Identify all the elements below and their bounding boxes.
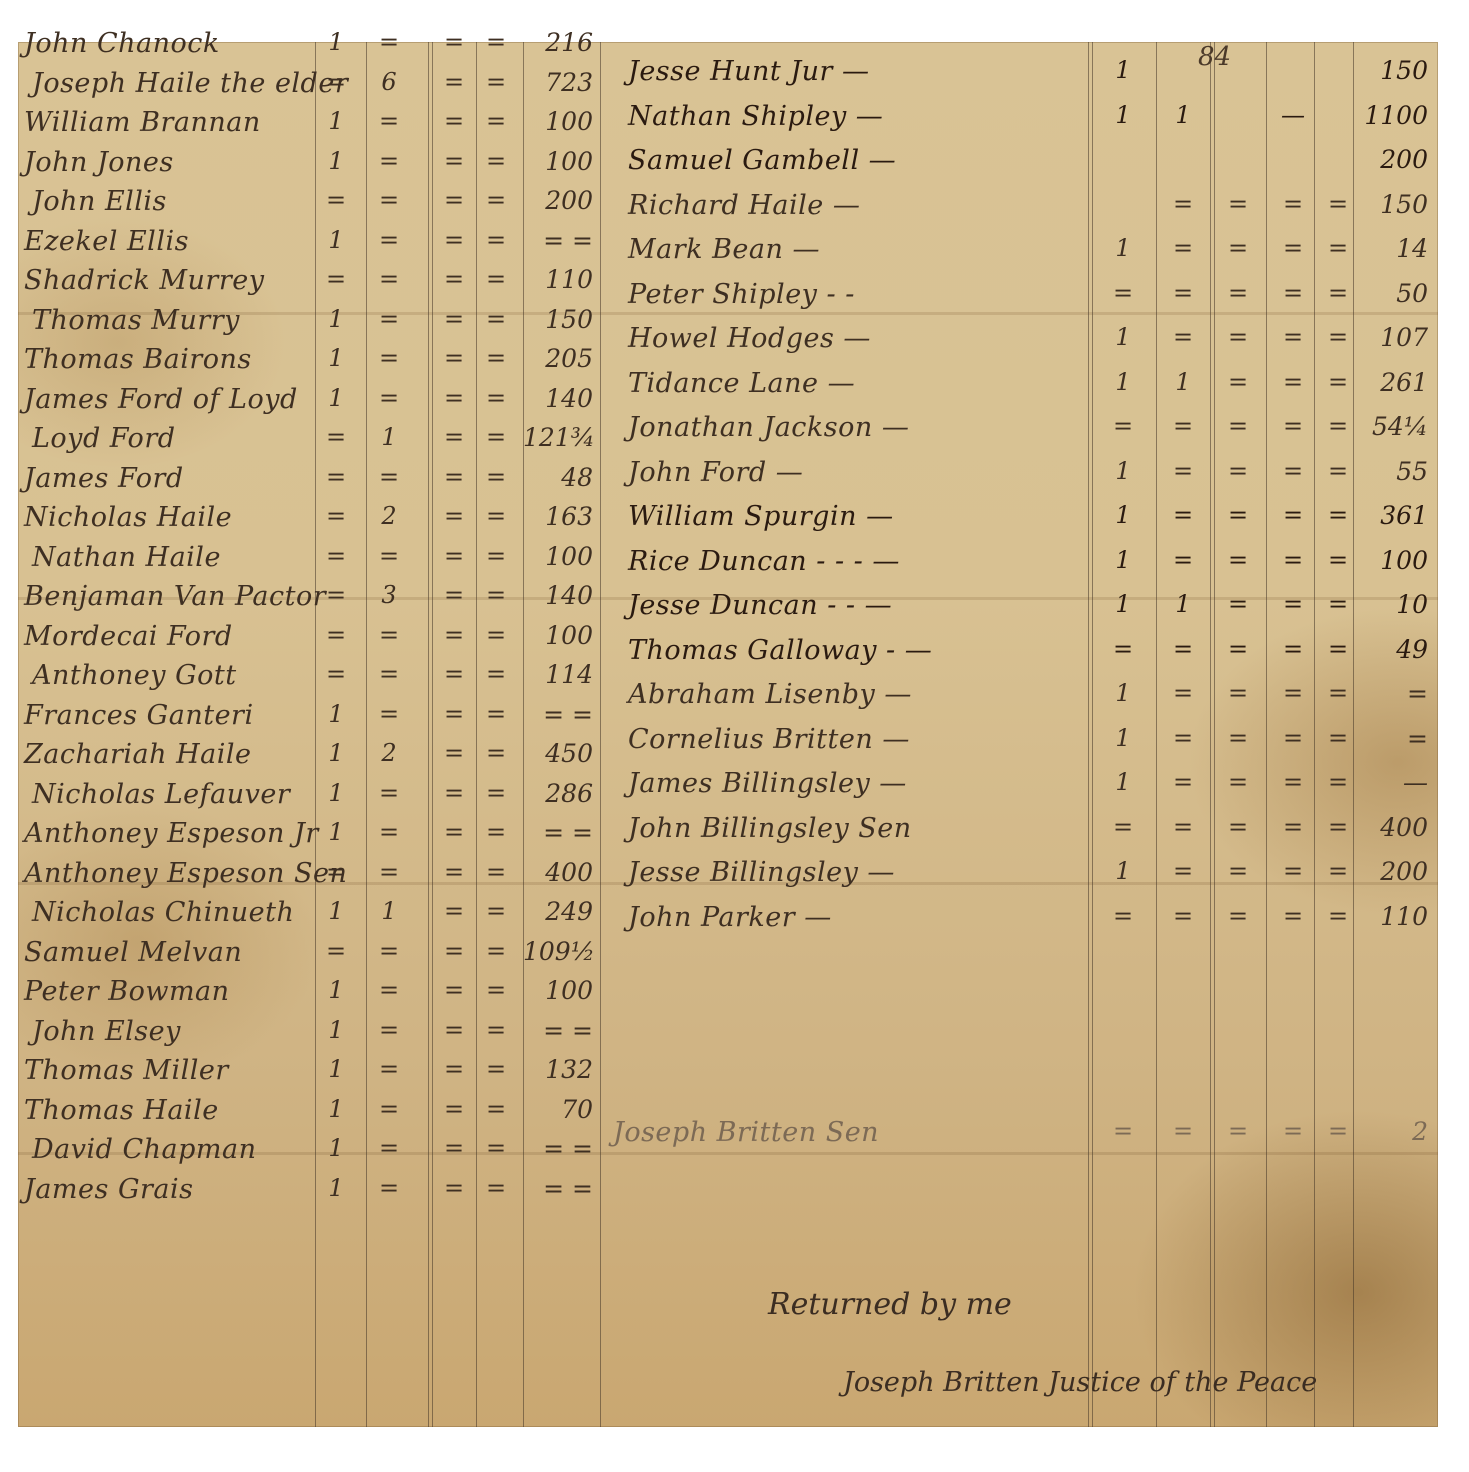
cell: =: [369, 1174, 409, 1202]
cell: =: [1273, 768, 1313, 796]
cell: =: [1218, 501, 1258, 529]
cell: =: [1318, 813, 1358, 841]
list-item: Mark Bean —1====14: [18, 234, 1438, 274]
taxpayer-name: Rice Duncan - - - —: [628, 546, 900, 577]
assessed-total: 100: [523, 976, 593, 1005]
taxpayer-name: Peter Bowman: [24, 976, 230, 1007]
cell: =: [1218, 590, 1258, 618]
list-item: Samuel Gambell —200: [18, 145, 1438, 185]
cell: =: [1163, 412, 1203, 440]
cell: =: [1218, 1117, 1258, 1145]
assessed-total: 100: [1358, 546, 1428, 575]
list-item: Peter Shipley - -=====50: [18, 279, 1438, 319]
cell: 1: [1103, 679, 1143, 707]
cell: =: [1218, 635, 1258, 663]
cell: =: [1273, 412, 1313, 440]
taxpayer-name: Cornelius Britten —: [628, 724, 910, 755]
cell: =: [1318, 368, 1358, 396]
cell: =: [1163, 724, 1203, 752]
cell: =: [1103, 412, 1143, 440]
cell: =: [1163, 857, 1203, 885]
cell: 1: [1103, 546, 1143, 574]
list-item: James Billingsley —1====—: [18, 768, 1438, 808]
assessed-total: 216: [523, 28, 593, 57]
cell: =: [1318, 902, 1358, 930]
taxpayer-name: William Spurgin —: [628, 501, 894, 532]
taxpayer-name: James Grais: [24, 1174, 194, 1205]
cell: 1: [1103, 768, 1143, 796]
assessed-total: 1100: [1358, 101, 1428, 130]
cell: =: [1273, 190, 1313, 218]
list-item: Jesse Duncan - - —11===10: [18, 590, 1438, 630]
taxpayer-name: Jonathan Jackson —: [628, 412, 909, 443]
list-item: Peter Bowman1===100: [18, 976, 618, 1016]
cell: 1: [1103, 724, 1143, 752]
cell: =: [1218, 323, 1258, 351]
cell: =: [1273, 279, 1313, 307]
assessed-total: 150: [1358, 190, 1428, 219]
cell: =: [434, 28, 474, 56]
taxpayer-name: Tidance Lane —: [628, 368, 855, 399]
assessed-total: 107: [1358, 323, 1428, 352]
cell: =: [434, 1055, 474, 1083]
taxpayer-name: Jesse Hunt Jur —: [628, 56, 870, 87]
assessed-total: =: [1358, 724, 1428, 753]
cell: =: [1318, 768, 1358, 796]
cell: =: [1318, 635, 1358, 663]
list-item: Tidance Lane —11===261: [18, 368, 1438, 408]
cell: 1: [316, 976, 356, 1004]
cell: =: [476, 1055, 516, 1083]
cell: =: [434, 976, 474, 1004]
cell: =: [1318, 679, 1358, 707]
cell: =: [1318, 546, 1358, 574]
taxpayer-name: John Elsey: [32, 1016, 181, 1047]
list-item: Joseph Britten Sen = = = = = 2: [18, 1117, 1438, 1157]
cell: =: [1218, 412, 1258, 440]
cell: =: [1273, 857, 1313, 885]
cell: =: [1163, 813, 1203, 841]
assessed-total: 54¼: [1358, 412, 1428, 441]
cell: =: [476, 976, 516, 1004]
cell: =: [1163, 902, 1203, 930]
cell: 1: [1103, 857, 1143, 885]
cell: =: [1273, 724, 1313, 752]
assessed-total: 110: [1358, 902, 1428, 931]
cell: =: [1273, 1117, 1313, 1145]
list-item: William Spurgin —1====361: [18, 501, 1438, 541]
assessed-total: 361: [1358, 501, 1428, 530]
cell: =: [1163, 234, 1203, 262]
cell: =: [1103, 279, 1143, 307]
cell: =: [1318, 724, 1358, 752]
cell: =: [1273, 546, 1313, 574]
cell: =: [476, 28, 516, 56]
list-item: Nathan Shipley —11—1100: [18, 101, 1438, 141]
cell: =: [1218, 857, 1258, 885]
taxpayer-name: Thomas Miller: [24, 1055, 229, 1086]
taxpayer-name: James Billingsley —: [628, 768, 907, 799]
list-item: Cornelius Britten —1=====: [18, 724, 1438, 764]
cell: =: [369, 1055, 409, 1083]
assessed-total: —: [1358, 768, 1428, 797]
list-item: Samuel Melvan====109½: [18, 937, 618, 977]
cell: =: [369, 28, 409, 56]
document-page: 84 John Chanock1===216Joseph Haile the e…: [18, 42, 1438, 1427]
cell: =: [1218, 724, 1258, 752]
assessed-total: 132: [523, 1055, 593, 1084]
cell: =: [1218, 546, 1258, 574]
taxpayer-name: Jesse Billingsley —: [628, 857, 895, 888]
cell: =: [1218, 902, 1258, 930]
cell: =: [1218, 234, 1258, 262]
cell: —: [1273, 101, 1313, 129]
cell: =: [1273, 679, 1313, 707]
cell: =: [1318, 412, 1358, 440]
cell: =: [434, 1174, 474, 1202]
cell: =: [1103, 1117, 1143, 1145]
cell: =: [476, 1016, 516, 1044]
cell: 1: [1103, 56, 1143, 84]
taxpayer-name: John Chanock: [24, 28, 220, 59]
taxpayer-name: Thomas Galloway - —: [628, 635, 932, 666]
cell: =: [1163, 679, 1203, 707]
list-item: Jesse Hunt Jur —1150: [18, 56, 1438, 96]
assessed-total: 400: [1358, 813, 1428, 842]
assessed-total: 10: [1358, 590, 1428, 619]
assessed-total: 49: [1358, 635, 1428, 664]
cell: =: [1318, 857, 1358, 885]
assessed-total: = =: [523, 1174, 593, 1203]
assessed-total: 200: [1358, 857, 1428, 886]
cell: 1: [1103, 234, 1143, 262]
list-item: Richard Haile —====150: [18, 190, 1438, 230]
cell: =: [1163, 457, 1203, 485]
taxpayer-name: Peter Shipley - -: [628, 279, 855, 310]
list-item: Jesse Billingsley —1====200: [18, 857, 1438, 897]
cell: =: [1273, 813, 1313, 841]
cell: 1: [1103, 368, 1143, 396]
cell: =: [1273, 590, 1313, 618]
attestation-line: Returned by me: [768, 1287, 1012, 1322]
taxpayer-name: Samuel Gambell —: [628, 145, 896, 176]
cell: 1: [1103, 457, 1143, 485]
cell: 1: [1163, 101, 1203, 129]
taxpayer-name: Mark Bean —: [628, 234, 820, 265]
cell: =: [1103, 635, 1143, 663]
cell: =: [1163, 635, 1203, 663]
cell: =: [369, 976, 409, 1004]
cell: =: [1318, 501, 1358, 529]
cell: =: [1218, 279, 1258, 307]
cell: =: [1273, 635, 1313, 663]
cell: 1: [1103, 590, 1143, 618]
cell: 1: [316, 1055, 356, 1083]
cell: =: [1273, 902, 1313, 930]
list-item: John Elsey1==== =: [18, 1016, 618, 1056]
cell: 1: [1103, 101, 1143, 129]
taxpayer-name: Jesse Duncan - - —: [628, 590, 892, 621]
assessed-total: 55: [1358, 457, 1428, 486]
list-item: James Grais1==== =: [18, 1174, 618, 1214]
assessed-total: = =: [523, 1016, 593, 1045]
taxpayer-name: John Billingsley Sen: [628, 813, 912, 844]
cell: =: [1218, 813, 1258, 841]
assessed-total: =: [1358, 679, 1428, 708]
cell: =: [1103, 813, 1143, 841]
cell: =: [1218, 768, 1258, 796]
assessed-total: 50: [1358, 279, 1428, 308]
assessed-total: 2: [1358, 1117, 1428, 1146]
list-item: Rice Duncan - - - —1====100: [18, 546, 1438, 586]
cell: =: [1318, 457, 1358, 485]
cell: =: [1273, 234, 1313, 262]
cell: =: [1163, 501, 1203, 529]
cell: 1: [316, 28, 356, 56]
list-item: John Ford —1====55: [18, 457, 1438, 497]
assessed-total: 261: [1358, 368, 1428, 397]
cell: =: [1273, 501, 1313, 529]
cell: 1: [316, 1016, 356, 1044]
cell: =: [1163, 1117, 1203, 1145]
taxpayer-name: Abraham Lisenby —: [628, 679, 912, 710]
cell: =: [1273, 457, 1313, 485]
list-item: Howel Hodges —1====107: [18, 323, 1438, 363]
cell: =: [1318, 279, 1358, 307]
cell: =: [1318, 234, 1358, 262]
cell: =: [1273, 323, 1313, 351]
cell: 1: [1163, 590, 1203, 618]
list-item: Thomas Miller1===132: [18, 1055, 618, 1095]
taxpayer-name: Richard Haile —: [628, 190, 860, 221]
taxpayer-name: John Parker —: [628, 902, 832, 933]
list-item: John Billingsley Sen=====400: [18, 813, 1438, 853]
justice-signature: Joseph Britten Justice of the Peace: [843, 1367, 1317, 1398]
cell: =: [1318, 1117, 1358, 1145]
list-item: Jonathan Jackson —=====54¼: [18, 412, 1438, 452]
cell: 1: [316, 1174, 356, 1202]
cell: =: [1103, 902, 1143, 930]
cell: =: [1163, 768, 1203, 796]
cell: =: [1318, 590, 1358, 618]
assessed-total: 150: [1358, 56, 1428, 85]
cell: =: [1318, 190, 1358, 218]
taxpayer-name: Joseph Britten Sen: [613, 1117, 879, 1148]
cell: =: [1163, 279, 1203, 307]
cell: =: [1163, 323, 1203, 351]
list-item: Abraham Lisenby —1=====: [18, 679, 1438, 719]
list-item: John Parker —=====110: [18, 902, 1438, 942]
cell: =: [1163, 190, 1203, 218]
taxpayer-name: Howel Hodges —: [628, 323, 871, 354]
cell: =: [434, 1016, 474, 1044]
cell: 1: [1103, 501, 1143, 529]
cell: =: [1218, 190, 1258, 218]
cell: =: [476, 1174, 516, 1202]
cell: 1: [1103, 323, 1143, 351]
cell: =: [1163, 546, 1203, 574]
cell: 1: [1163, 368, 1203, 396]
cell: =: [1218, 368, 1258, 396]
assessed-total: 200: [1358, 145, 1428, 174]
list-item: Thomas Galloway - —=====49: [18, 635, 1438, 675]
cell: =: [1318, 323, 1358, 351]
cell: =: [369, 1016, 409, 1044]
cell: =: [1218, 457, 1258, 485]
assessed-total: 14: [1358, 234, 1428, 263]
taxpayer-name: John Ford —: [628, 457, 803, 488]
taxpayer-name: Nathan Shipley —: [628, 101, 883, 132]
cell: =: [1218, 679, 1258, 707]
cell: =: [1273, 368, 1313, 396]
